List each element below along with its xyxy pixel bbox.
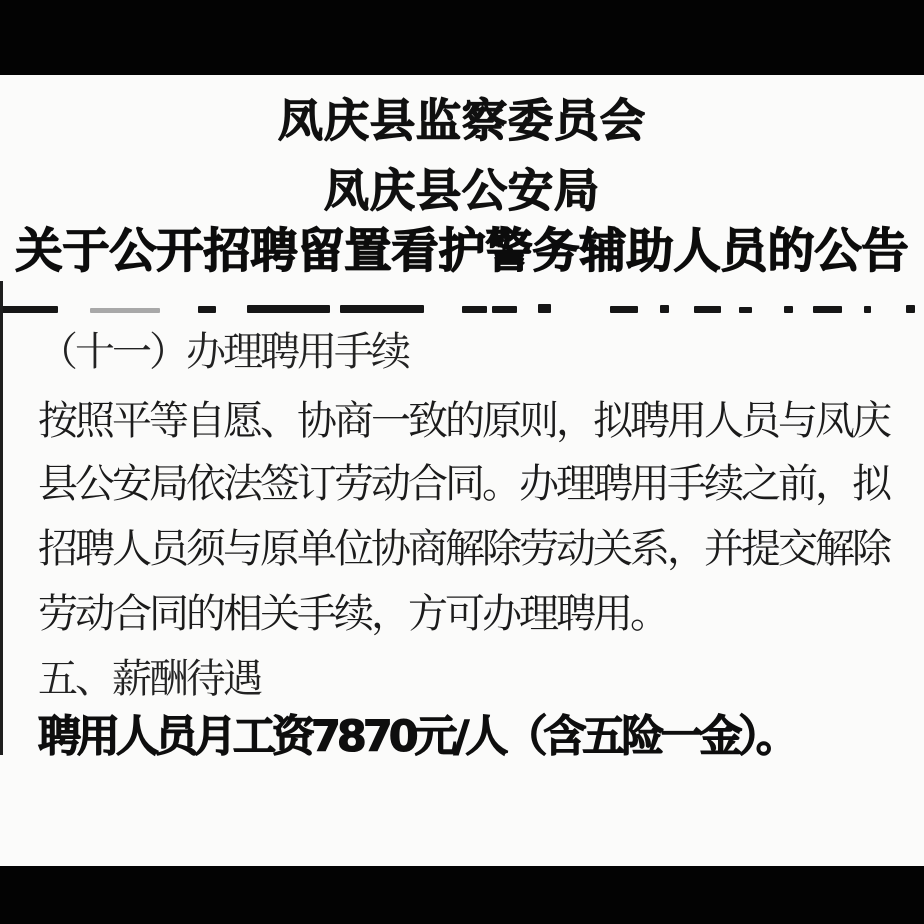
page-left-border-remnant: [0, 281, 3, 755]
letterbox-top: [0, 0, 924, 75]
document-page: 凤庆县监察委员会 凤庆县公安局 关于公开招聘留置看护警务辅助人员的公告 （十一）…: [0, 75, 924, 866]
text-remnant-mark: [906, 305, 915, 313]
text-remnant-mark: [813, 306, 842, 313]
text-remnant-mark: [660, 305, 669, 313]
text-remnant-mark: [198, 306, 216, 313]
text-remnant-mark: [739, 307, 752, 313]
text-remnant-mark: [340, 305, 424, 313]
text-remnant-mark: [610, 306, 638, 313]
section-heading-11: （十一）办理聘用手续: [38, 320, 898, 377]
text-remnant-mark: [90, 308, 160, 313]
section-heading-5: 五、薪酬待遇: [38, 647, 898, 704]
text-remnant-mark: [0, 306, 58, 313]
org-name-line1: 凤庆县监察委员会: [0, 84, 924, 149]
paragraph-line-3: 招聘人员须与原单位协商解除劳动关系，并提交解除: [38, 517, 898, 574]
text-remnant-mark: [784, 306, 793, 313]
text-remnant-mark: [694, 306, 721, 313]
paragraph-line-2: 县公安局依法签订劳动合同。办理聘用手续之前，拟: [38, 452, 898, 509]
text-remnant-mark: [538, 304, 551, 313]
text-remnant-mark: [492, 306, 517, 313]
announcement-title: 关于公开招聘留置看护警务辅助人员的公告: [0, 214, 924, 281]
org-name-line2: 凤庆县公安局: [0, 154, 924, 219]
text-remnant-mark: [864, 306, 871, 313]
paragraph-line-1: 按照平等自愿、协商一致的原则，拟聘用人员与凤庆: [38, 389, 898, 446]
paragraph-line-4: 劳动合同的相关手续，方可办理聘用。: [38, 582, 898, 639]
text-remnant-mark: [462, 306, 487, 313]
text-remnant-mark: [247, 305, 330, 313]
salary-line: 聘用人员月工资7870元/人（含五险一金）。: [38, 703, 918, 764]
clipped-text-remnants: [0, 300, 924, 316]
letterbox-bottom: [0, 866, 924, 924]
photo-canvas: 凤庆县监察委员会 凤庆县公安局 关于公开招聘留置看护警务辅助人员的公告 （十一）…: [0, 0, 924, 924]
